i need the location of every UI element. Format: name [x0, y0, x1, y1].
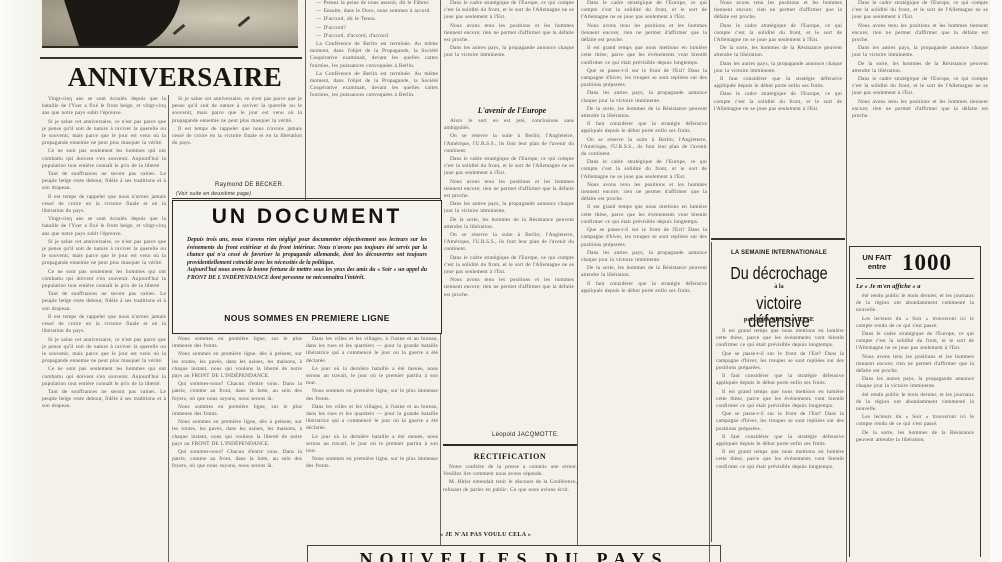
paragraph: Que se passe-t-il sur le front de l'Est?… — [581, 68, 707, 90]
paragraph: Il est temps de rappeler que nous n'avon… — [42, 314, 166, 336]
paragraph: Nous avons tenu les positions et les hom… — [581, 23, 707, 45]
label-entre: entre — [868, 262, 886, 271]
un-fait-body: été rendu public le mois dernier, et les… — [856, 293, 974, 557]
paragraph: La Conférence de Berlin est terminée. Au… — [310, 71, 438, 100]
photo-dark-silhouette — [64, 0, 200, 48]
paragraph: Nous avons tenu les positions et les hom… — [444, 23, 574, 45]
paragraph: Dans les autres pays, la propagande anno… — [444, 45, 574, 59]
article-avenir-europe-body: Alors le sort en est jeté, conclusions s… — [444, 118, 574, 412]
paragraph: Il faut considérer que la stratégie défe… — [581, 281, 707, 295]
continued-note: (Voir suite en deuxième page) — [176, 191, 251, 197]
paragraph: été rendu public le mois dernier, et les… — [856, 392, 974, 414]
column-rule — [709, 0, 710, 562]
paragraph: Il faut considérer que la stratégie défe… — [714, 76, 842, 90]
paragraph: Il est grand temps que nous mettions en … — [716, 328, 844, 350]
column-rule — [846, 0, 847, 562]
divider — [856, 278, 974, 279]
paragraph: Nous avons tenu les positions et les hom… — [444, 179, 574, 201]
paragraph: Dans le cadre stratégique de l'Europe, c… — [444, 255, 574, 277]
paragraph: De la sorte, les hommes de la Résistance… — [714, 45, 842, 59]
rectification-body: Notre confrère de la presse a commis une… — [443, 464, 577, 494]
photo-plane-icon — [238, 16, 251, 27]
paragraph: Il faut considérer que la stratégie défe… — [581, 121, 707, 135]
paragraph: Ce ne sont pas seulement les hommes qui … — [42, 148, 166, 170]
headline-joiner: à la — [712, 284, 846, 290]
paragraph: Le jour où la dernière bataille a été me… — [306, 366, 438, 388]
paragraph: Il est grand temps que nous mettions en … — [716, 449, 844, 471]
intro-paragraph: Aujourd'hui nous avons la bonne fortune … — [187, 267, 427, 281]
paragraph: Ce ne sont pas seulement les hommes qui … — [42, 366, 166, 388]
paragraph: Dans le cadre stratégique de l'Europe, c… — [856, 331, 974, 353]
paragraph: Nous avons tenu les positions et les hom… — [714, 0, 842, 22]
paragraph: Dans le cadre stratégique de l'Europe, c… — [444, 156, 574, 178]
paragraph: Nous avons tenu les positions et les hom… — [852, 23, 988, 45]
paragraph: Si je salue cet anniversaire, ce n'est p… — [42, 337, 166, 366]
article-col6-top: Nous avons tenu les positions et les hom… — [714, 0, 842, 234]
paragraph: Si je salue cet anniversaire, ce n'est p… — [42, 119, 166, 148]
article-un-document-header: UN DOCUMENT Depuis trois ans, nous n'avo… — [172, 200, 442, 334]
paragraph: Nous sommes en première ligne, dès à pré… — [172, 351, 302, 380]
article-col3-top: Dans le cadre stratégique de l'Europe, c… — [444, 0, 574, 102]
column-rule — [305, 0, 306, 200]
divider — [40, 57, 302, 59]
dialogue-line: — D'accord, dit le Tenno. — [310, 16, 438, 23]
paragraph: Ce ne sont pas seulement les hommes qui … — [42, 269, 166, 291]
divider — [172, 198, 440, 199]
intro-paragraph: Depuis trois ans, nous n'avons rien négl… — [187, 237, 427, 266]
article-anniversaire-body: Vingt-cinq ans se sont écoulés depuis qu… — [42, 96, 166, 562]
paragraph: Que se passe-t-il sur le front de l'Est?… — [581, 227, 707, 249]
paragraph: De la sorte, les hommes de la Résistance… — [444, 217, 574, 231]
paragraph: Dans les autres pays, la propagande anno… — [856, 376, 974, 390]
article-col5-body: Dans le cadre stratégique de l'Europe, c… — [581, 0, 707, 545]
paragraph: Si je salue cet anniversaire, ce n'est p… — [172, 96, 302, 125]
paragraph: Nous avons tenu les positions et les hom… — [852, 99, 988, 121]
paragraph: Que se passe-t-il sur le front de l'Est?… — [716, 351, 844, 373]
paragraph: Nous avons tenu les positions et les hom… — [856, 354, 974, 376]
paragraph: été rendu public le mois dernier, et les… — [856, 293, 974, 315]
paragraph: Nous sommes en première ligne, sur le pl… — [172, 336, 302, 350]
article-semaine-internationale: LA SEMAINE INTERNATIONALE Du décrochage … — [711, 242, 846, 542]
un-document-intro: Depuis trois ans, nous n'avons rien négl… — [187, 237, 427, 283]
paragraph: Dans les autres pays, la propagande anno… — [852, 45, 988, 59]
paragraph: Dans les autres pays, la propagande anno… — [444, 201, 574, 215]
paragraph: Les lecteurs du « Soir » trouveront ici … — [856, 414, 974, 428]
paragraph: De la sorte, les hommes de la Résistance… — [581, 265, 707, 279]
paragraph: De la sorte, les hommes de la Résistance… — [852, 61, 988, 75]
paragraph: M. Hitler entendait tenir le discours de… — [443, 479, 577, 493]
number-1000: 1000 — [902, 250, 952, 276]
paragraph: De la sorte, les hommes de la Résistance… — [581, 106, 707, 120]
article-rectification: RECTIFICATION Notre confrère de la press… — [443, 444, 577, 532]
paragraph: Qui sommes-nous? Chacun d'entre vous. Da… — [172, 449, 302, 471]
paragraph: On se réserve la suite à Berlin; l'Angle… — [444, 232, 574, 254]
paragraph: Il est temps de rappeler que nous n'avon… — [42, 194, 166, 216]
quote-pas-voulu: « JE N'AI PAS VOULU CELA » — [440, 532, 531, 538]
paragraph: Tant de souffrances ne seront pas vaines… — [42, 171, 166, 193]
newspaper-page: ANNIVERSAIRE Vingt-cinq ans se sont écou… — [0, 0, 1002, 562]
headline-anniversaire: ANNIVERSAIRE — [40, 62, 310, 93]
article-anniversaire-continued: Si je salue cet anniversaire, ce n'est p… — [172, 96, 302, 180]
paragraph: Alors le sort en est jeté, conclusions s… — [444, 118, 574, 132]
paragraph: Dans les villes et les villages, à l'usi… — [306, 336, 438, 365]
paragraph: Nous avons tenu les positions et les hom… — [444, 277, 574, 299]
paragraph: Dans le cadre stratégique de l'Europe, c… — [714, 23, 842, 45]
subheadline-premiere-ligne: NOUS SOMMES EN PREMIERE LIGNE — [173, 313, 441, 323]
dialogue-line: — Ensuite, dans le Duce, nous sommes à a… — [310, 8, 438, 15]
dialogue-line: — D'accord, d'accord, d'accord. — [310, 33, 438, 40]
paragraph: Il faut considérer que la stratégie défe… — [716, 434, 844, 448]
headline-avenir-europe: L'avenir de l'Europe — [452, 106, 572, 115]
paragraph: Dans les autres pays, la propagande anno… — [581, 90, 707, 104]
halftone-photo — [42, 0, 298, 48]
paragraph: Nous sommes en première ligne, dès à pré… — [172, 419, 302, 448]
paragraph: Dans le cadre stratégique de l'Europe, c… — [852, 0, 988, 22]
paragraph: Tant de souffrances ne seront pas vaines… — [42, 389, 166, 411]
paragraph: Qui sommes-nous? Chacun d'entre vous. Da… — [172, 381, 302, 403]
paragraph: Il est grand temps que nous mettions en … — [716, 389, 844, 411]
paragraph: Dans les autres pays, la propagande anno… — [714, 61, 842, 75]
label-un-fait: UN FAIT — [862, 253, 891, 262]
paragraph: Dans les autres pays, la propagande anno… — [581, 250, 707, 264]
paragraph: On se réserve la suite à Berlin; l'Angle… — [581, 137, 707, 159]
paragraph: Si je salue cet anniversaire, ce n'est p… — [42, 239, 166, 268]
signature-jacqmotte: Léopold JACQMOTTE. — [492, 432, 559, 438]
paragraph: Nous sommes en première ligne, sur le pl… — [306, 388, 438, 402]
paragraph: Dans le cadre stratégique de l'Europe, c… — [714, 91, 842, 113]
page-margin-left — [0, 0, 40, 562]
paragraph: Dans le cadre stratégique de l'Europe, c… — [852, 76, 988, 98]
byline-venplaetse: par Jules VENPLAETSE — [712, 316, 846, 323]
headline-nouvelles-du-pays: NOUVELLES DU PAYS — [308, 549, 720, 562]
page-margin-right — [990, 0, 1002, 562]
un-document-body-left: Nous sommes en première ligne, sur le pl… — [172, 336, 302, 545]
section-nouvelles-du-pays: NOUVELLES DU PAYS — [307, 545, 721, 562]
paragraph: Dans les villes et les villages, à l'usi… — [306, 404, 438, 433]
divider — [711, 238, 845, 240]
article-col7-top: Dans le cadre stratégique de l'Europe, c… — [852, 0, 988, 240]
paragraph: Dans le cadre stratégique de l'Europe, c… — [581, 159, 707, 181]
paragraph: Notre confrère de la presse a commis une… — [443, 464, 577, 478]
kicker-semaine-internationale: LA SEMAINE INTERNATIONALE — [712, 250, 846, 256]
headline-decrochage: Du décrochage — [724, 264, 834, 282]
paragraph: Vingt-cinq ans se sont écoulés depuis qu… — [42, 96, 166, 118]
paragraph: Tant de souffrances ne seront pas vaines… — [42, 291, 166, 313]
paragraph: Nous sommes en première ligne, sur le pl… — [172, 404, 302, 418]
paragraph: On se réserve la suite à Berlin; l'Angle… — [444, 133, 574, 155]
paragraph: Dans le cadre stratégique de l'Europe, c… — [581, 0, 707, 22]
paragraph: La Conférence de Berlin est terminée. Au… — [310, 41, 438, 70]
paragraph: Nous avons tenu les positions et les hom… — [581, 182, 707, 204]
paragraph: Il faut considérer que la stratégie défe… — [716, 373, 844, 387]
headline-victoire-defensive: victoire défensive — [724, 294, 834, 330]
paragraph: Nous sommes en première ligne, sur le pl… — [306, 456, 438, 470]
headline-un-document: UN DOCUMENT — [173, 205, 441, 229]
paragraph: Vingt-cinq ans se sont écoulés depuis qu… — [42, 216, 166, 238]
paragraph: Il est temps de rappeler que nous n'avon… — [172, 126, 302, 148]
article-un-fait-entre-1000: UN FAIT entre 1000 Le « Je m'en affiche … — [849, 246, 981, 557]
article-dialogue-body: — Prenez la peine de nous asseoir, dit l… — [310, 0, 438, 198]
dialogue-line: — D'accord? — [310, 25, 438, 32]
paragraph: Il est grand temps que nous mettions en … — [581, 45, 707, 67]
semaine-body: Il est grand temps que nous mettions en … — [716, 328, 844, 542]
dialogue-line: — Prenez la peine de nous asseoir, dit l… — [310, 0, 438, 7]
un-fait-lead: Le « Je m'en affiche » a — [856, 283, 974, 290]
paragraph: Le jour où la dernière bataille a été me… — [306, 434, 438, 456]
column-rule — [168, 95, 169, 562]
headline-rectification: RECTIFICATION — [443, 452, 577, 461]
un-fait-label: UN FAIT entre — [856, 253, 898, 271]
paragraph: Dans le cadre stratégique de l'Europe, c… — [444, 0, 574, 22]
un-document-body-right: Dans les villes et les villages, à l'usi… — [306, 336, 438, 532]
paragraph: Il est grand temps que nous mettions en … — [581, 204, 707, 226]
paragraph: De la sorte, les hommes de la Résistance… — [856, 430, 974, 444]
paragraph: Que se passe-t-il sur le front de l'Est?… — [716, 411, 844, 433]
column-rule — [577, 0, 578, 545]
signature-de-becker: Raymond DE BECKER. — [215, 182, 284, 188]
paragraph: Les lecteurs du « Soir » trouveront ici … — [856, 316, 974, 330]
photo-plane-icon — [173, 24, 186, 35]
